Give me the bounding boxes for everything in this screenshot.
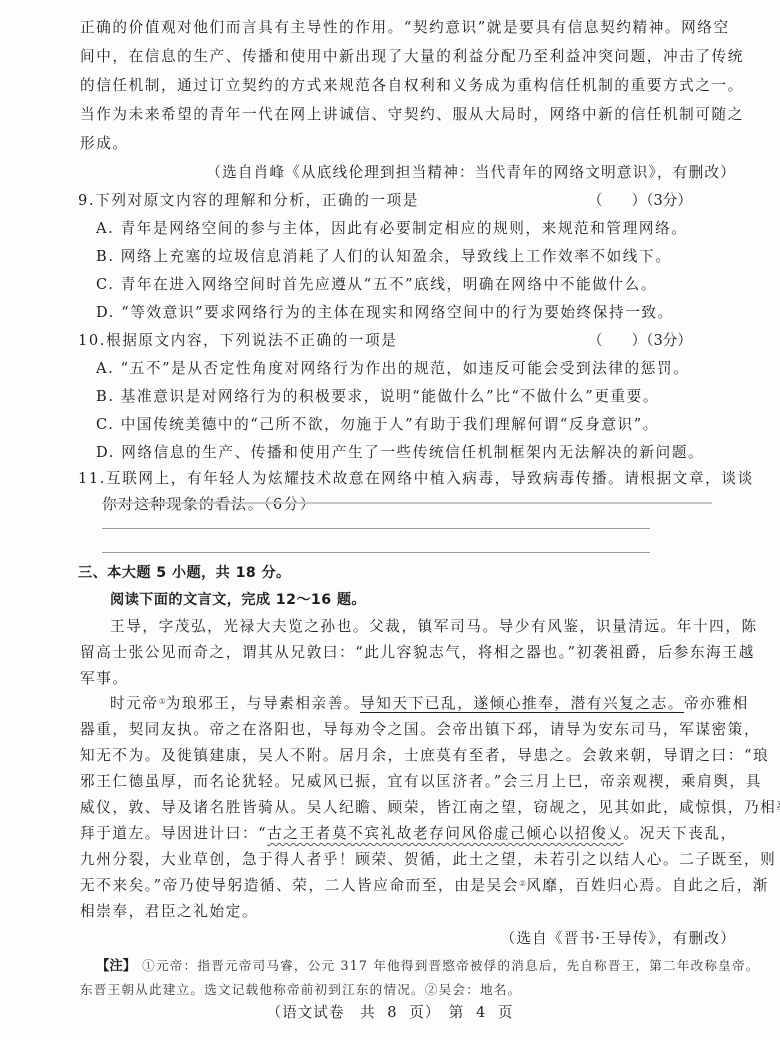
passage-line: 的信任机制，通过订立契约的方式来规范各自权利和义务成为重构信任机制的重要方式之一… xyxy=(80,76,744,96)
score-label: （3分） xyxy=(646,332,692,349)
classical-line: 无不来矣。”帝乃使导躬造循、荣，二人皆应命而至，由是吴会②风靡，百姓归心焉。自此… xyxy=(80,876,769,896)
footnote-marker: ② xyxy=(519,879,526,888)
passage-line: 正确的价值观对他们而言具有主导性的作用。“契约意识”就是要具有信息契约精神。网络… xyxy=(80,18,730,38)
classical-line: 威仪，敦、导及诸名胜皆骑从。吴人纪瞻、顾荣，皆江南之望，窃觇之，见其如此，咸惊惧… xyxy=(80,798,780,818)
option-b: B. 网络上充塞的垃圾信息消耗了人们的认知盈余，导致线上工作效率不如线下。 xyxy=(96,247,671,267)
answer-line[interactable] xyxy=(102,552,650,553)
answer-blank[interactable]: （ ） xyxy=(588,332,646,349)
classical-line: 军事。 xyxy=(80,669,129,689)
classical-line: 时元帝①为琅邪王，与导素相亲善。导知天下已乱，遂倾心推奉，潜有兴复之志。帝亦雅相 xyxy=(110,694,749,714)
classical-line: 邪王仁德虽厚，而名论犹轻。兄威风已振，宜有以匡济者。”会三月上巳，帝亲观禊，乘肩… xyxy=(80,772,762,792)
text: 帝亦雅相 xyxy=(684,695,749,712)
passage-line: 形成。 xyxy=(80,134,129,154)
score-label: （3分） xyxy=(646,192,692,209)
question-score: （ ）（3分） xyxy=(588,331,692,351)
note-text: ①元帝：指晋元帝司马睿，公元 317 年他得到晋愍帝被俘的消息后，先自称晋王，第… xyxy=(142,958,759,973)
option-b: B. 基准意识是对网络行为的积极要求，说明“能做什么”比“不做什么”更重要。 xyxy=(96,387,659,407)
classical-line: 器重，契同友执。帝之在洛阳也，导每劝令之国。会帝出镇下邳，请导为安东司马，军谋密… xyxy=(80,720,760,740)
question-9-stem: 9.下列对原文内容的理解和分析，正确的一项是 （ ）（3分） xyxy=(78,191,736,211)
question-11-stem-cont: 你对这种现象的看法。（6分） xyxy=(102,495,316,515)
underlined-sentence: 导知天下已乱，遂倾心推奉，潜有兴复之志。 xyxy=(360,695,684,712)
wavy-underlined-sentence: 古之王者莫不宾礼故老存问风俗虚己倾心以招俊乂 xyxy=(267,825,623,842)
text: 。况天下丧乱， xyxy=(623,825,736,842)
classical-source: （选自《晋书·王导传》，有删改） xyxy=(501,929,736,949)
passage-line: 间中，在信息的生产、传播和使用中新出现了大量的利益分配乃至利益冲突问题，冲击了传… xyxy=(80,47,744,67)
footnote-marker: ① xyxy=(159,697,166,706)
question-score: （ ）（3分） xyxy=(588,191,692,211)
option-a: A. “五不”是从否定性角度对网络行为作出的规范，如违反可能会受到法律的惩罚。 xyxy=(96,359,689,379)
page-footer: （语文试卷 共 8 页） 第 4 页 xyxy=(0,1001,780,1022)
classical-line: 九州分裂，大业草创，急于得人者乎！顾荣、贺循，此土之望，未若引之以结人心。二子既… xyxy=(80,850,776,870)
passage-source: （选自肖峰《从底线伦理到担当精神：当代青年的网络文明意识》，有删改） xyxy=(206,163,736,183)
classical-line: 留高士张公见而奇之，谓其从兄敦曰：“此儿容貌志气，将相之器也。”初袭祖爵，后参东… xyxy=(80,643,755,663)
text: 为琅邪王，与导素相亲善。 xyxy=(166,695,360,712)
option-d: D. 网络信息的生产、传播和使用产生了一些传统信任机制框架内无法解决的新问题。 xyxy=(96,443,704,463)
question-number: 9. xyxy=(78,192,95,209)
text: 风靡，百姓归心焉。自此之后，渐 xyxy=(526,877,769,894)
note-label: 【注】 xyxy=(96,959,136,974)
option-a: A. 青年是网络空间的参与主体，因此有必要制定相应的规则，来规范和管理网络。 xyxy=(96,219,687,239)
answer-blank[interactable]: （ ） xyxy=(588,192,646,209)
note-line: 【注】①元帝：指晋元帝司马睿，公元 317 年他得到晋愍帝被俘的消息后，先自称晋… xyxy=(96,956,760,977)
option-c: C. 青年在进入网络空间时首先应遵从“五不”底线，明确在网络中不能做什么。 xyxy=(96,275,657,295)
question-number: 11. xyxy=(78,470,106,487)
text: 时元帝 xyxy=(110,695,159,712)
option-c: C. 中国传统美德中的“己所不欲，勿施于人”有助于我们理解何谓“反身意识”。 xyxy=(96,415,659,435)
answer-line[interactable] xyxy=(102,528,650,529)
option-d: D. “等效意识”要求网络行为的主体在现实和网络空间中的行为要始终保持一致。 xyxy=(96,303,674,323)
classical-line: 知无不为。及徙镇建康，吴人不附。居月余，士庶莫有至者，导患之。会敦来朝，导谓之曰… xyxy=(80,746,769,766)
exam-page: 正确的价值观对他们而言具有主导性的作用。“契约意识”就是要具有信息契约精神。网络… xyxy=(0,0,780,1040)
note-line: 东晋王朝从此建立。选文记载他称帝前初到江东的情况。②吴会：地名。 xyxy=(80,980,521,1000)
text: 无不来矣。”帝乃使导躬造循、荣，二人皆应命而至，由是吴会 xyxy=(80,877,519,894)
classical-line: 王导，字茂弘，光禄大夫览之孙也。父裁，镇军司马。导少有风鉴，识量清远。年十四，陈 xyxy=(110,617,758,637)
classical-line: 拜于道左。导因进计曰：“古之王者莫不宾礼故老存问风俗虚己倾心以招俊乂。况天下丧乱… xyxy=(80,824,737,844)
section-instruction: 阅读下面的文言文，完成 12～16 题。 xyxy=(110,590,366,610)
question-text: 下列对原文内容的理解和分析，正确的一项是 xyxy=(95,192,419,209)
question-text: 根据原文内容，下列说法不正确的一项是 xyxy=(106,332,398,349)
answer-line[interactable] xyxy=(102,502,712,504)
question-text: 互联网上，有年轻人为炫耀技术故意在网络中植入病毒，导致病毒传播。请根据文章，谈谈 xyxy=(106,470,754,487)
passage-line: 当作为未来希望的青年一代在网上讲诚信、守契约、服从大局时，网络中新的信任机制可随… xyxy=(80,105,744,125)
classical-line: 相崇奉，君臣之礼始定。 xyxy=(80,902,258,922)
section-heading: 三、本大题 5 小题，共 18 分。 xyxy=(78,563,291,583)
text: 拜于道左。导因进计曰：“ xyxy=(80,825,267,842)
question-11-stem: 11.互联网上，有年轻人为炫耀技术故意在网络中植入病毒，导致病毒传播。请根据文章… xyxy=(78,469,754,489)
question-number: 10. xyxy=(78,332,106,349)
question-10-stem: 10.根据原文内容，下列说法不正确的一项是 （ ）（3分） xyxy=(78,331,736,351)
